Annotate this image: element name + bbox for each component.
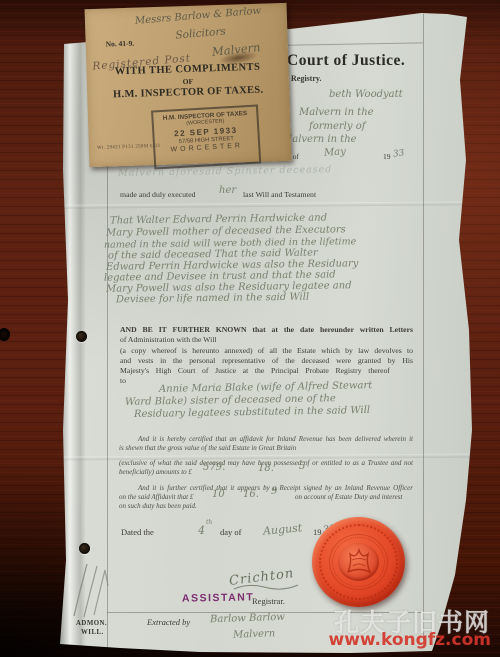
duty-paid-pounds-hw: 10 [212, 489, 225, 500]
extracted-place-hw: Malvern [233, 628, 276, 640]
revenue-line4-prefix: beneficially) amounts to £ [119, 468, 192, 476]
court-heading: Court of Justice. [287, 52, 405, 70]
dated-day-suffix-hw: th [206, 519, 212, 526]
extracted-firm-hw: Barlow Barlow [210, 612, 285, 626]
death-month-hw: May [324, 146, 347, 158]
grantee-hw-line1: Annie Maria Blake (wife of Alfred Stewar… [159, 380, 372, 395]
death-year-hw: 33 [392, 148, 405, 159]
will-line-suffix: last Will and Testament [243, 190, 316, 199]
tax-office-date-stamp: H.M. INSPECTOR OF TAXES (WORCESTER) 22 S… [151, 104, 261, 169]
revenue-line2: is shewn that the gross value of the sai… [119, 444, 296, 452]
gross-value-pounds-hw: 579. [203, 462, 225, 473]
tax-inspector-compliments-slip: Messrs Barlow & Barlow Solicitors Malver… [85, 3, 292, 167]
grant-clause-line4: and vests in the personal representative… [120, 356, 413, 365]
registry-line: Registry. [291, 74, 321, 83]
faint-handwriting-line: Malvern aforesaid Spinster deceased [118, 164, 333, 179]
slip-addressee-line1: Messrs Barlow & Barlow [135, 5, 262, 27]
seal-coat-of-arms [340, 544, 378, 582]
gross-value-pence-hw: 5 [299, 461, 305, 472]
extracted-label: Extracted by [147, 617, 190, 627]
deceased-hw-line1: beth Woodyatt [329, 89, 403, 100]
photo-of-probate-document: Court of Justice. Registry. beth Woodyat… [0, 0, 500, 657]
fold-crease-upper [62, 201, 466, 209]
dated-middle: day of [220, 527, 241, 537]
left-fold-highlight [60, 36, 86, 648]
deceased-hw-line4: Malvern in the [282, 134, 357, 145]
grant-clause-line3: (a copy whereof is hereunto annexed) of … [120, 346, 413, 355]
executors-hw-line8: Devisee for life named in the said Will [116, 292, 309, 306]
dated-month-hw: August [263, 521, 303, 537]
revenue-line6-prefix: on the said Affidavit that £ [119, 493, 193, 501]
slip-print-code: Wt. 29431 P131 250M 6/33 [97, 144, 160, 151]
registrar-label: Registrar. [252, 596, 285, 606]
deceased-hw-line3: formerly of [309, 121, 365, 132]
will-line-prefix: made and duly executed [120, 190, 196, 199]
slip-form-number: No. 41-9. [106, 39, 135, 49]
revenue-line7: on such duty has been paid. [119, 502, 197, 510]
table-nail-hole [0, 328, 10, 341]
grant-clause-line2: of Administration with the Will [120, 335, 217, 344]
right-margin-rule [423, 14, 424, 640]
red-wax-seal [312, 517, 405, 607]
punch-hole-top [76, 331, 87, 342]
pencil-marks [70, 560, 112, 620]
watermark-site-url: www.kongfz.com [328, 630, 491, 650]
grant-clause-line1: AND BE IT FURTHER KNOWN that at the date… [120, 325, 413, 334]
grant-clause-line5: Majesty's High Court of Justice at the P… [120, 366, 390, 375]
will-line-pronoun-hw: her [219, 185, 236, 196]
gross-value-shillings-hw: 18. [258, 463, 274, 474]
revenue-line1: And it is hereby certified that an affid… [138, 435, 413, 443]
margin-note-line2: WILL. [81, 629, 104, 636]
grant-clause-line6: to [120, 376, 126, 385]
punch-hole-bottom [79, 543, 90, 554]
deceased-hw-line2: Malvern in the [299, 107, 374, 118]
duty-paid-shillings-hw: 16. [243, 489, 259, 500]
assistant-stamp: ASSISTANT [182, 591, 254, 604]
dated-day-hw: 4 [198, 524, 205, 537]
grantee-hw-line3: Residuary legatees substituted in the sa… [134, 405, 370, 420]
revenue-line6-suffix: on account of Estate Duty and interest [295, 493, 402, 501]
margin-note-line1: ADMON. [76, 620, 107, 627]
dated-prefix: Dated the [121, 527, 154, 537]
death-year-printed: 19 [383, 152, 391, 161]
slip-addressee-line2: Solicitors [175, 25, 226, 41]
duty-paid-pence-hw: 9 [271, 486, 277, 497]
